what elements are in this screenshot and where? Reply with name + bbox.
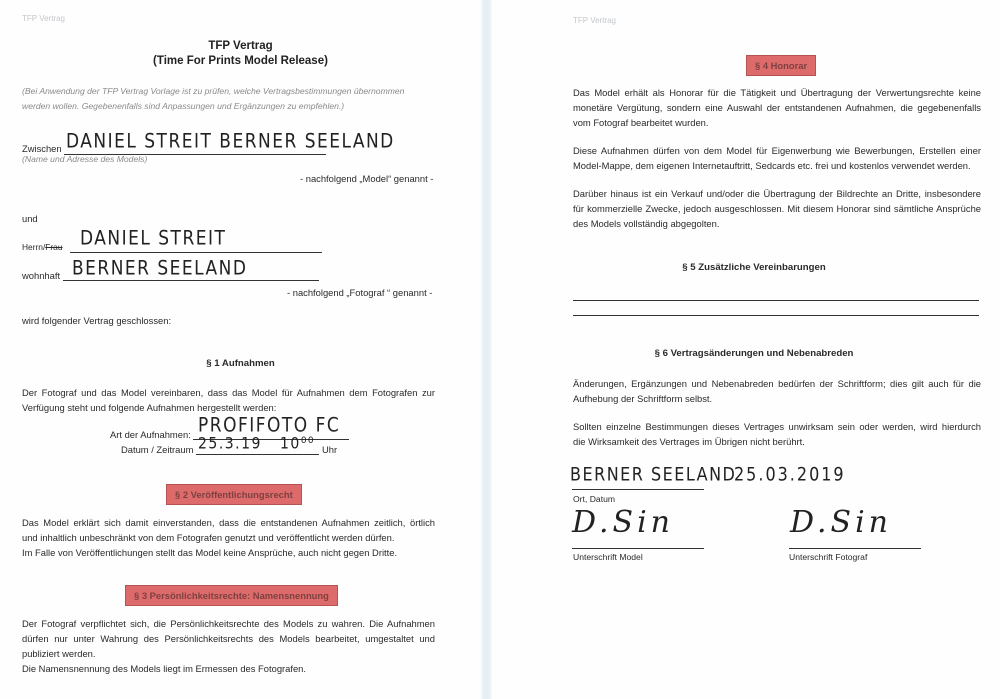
- title-line-1: TFP Vertrag: [0, 39, 481, 54]
- additional-agreement-line-1[interactable]: [573, 300, 979, 301]
- text-line: Das Model erklärt sich damit einverstand…: [22, 515, 435, 530]
- text-line: monetäre Vergütung, sondern eine Auswahl…: [573, 100, 981, 115]
- section-4-para-2: Diese Aufnahmen dürfen von dem Model für…: [573, 143, 981, 173]
- page-gutter: [481, 0, 492, 699]
- salutation-label: Herrn/Frau: [22, 242, 63, 252]
- text-line: Aufhebung der Schriftform selbst.: [573, 391, 981, 406]
- text-line: vom Fotograf bearbeitet wurden.: [573, 115, 981, 130]
- text-line: für kommerzielle Zwecke, jedoch ausgesch…: [573, 201, 981, 216]
- section-4-para-1: Das Model erhält als Honorar für die Tät…: [573, 85, 981, 130]
- document-title: TFP Vertrag (Time For Prints Model Relea…: [0, 39, 481, 69]
- datum-field[interactable]: 25.3.19: [198, 435, 262, 453]
- text-line: dürfen nur unter Wahrung des Persönlichk…: [22, 631, 435, 646]
- section-2-text: Das Model erklärt sich damit einverstand…: [22, 515, 435, 560]
- text-line: und inhaltlich unbeschränkt von dem Foto…: [22, 530, 435, 545]
- text-line: des Models vollständig abgegolten.: [573, 216, 981, 231]
- art-label: Art der Aufnahmen:: [110, 429, 191, 440]
- photographer-signature[interactable]: D.Sin: [790, 505, 892, 540]
- photographer-name-field[interactable]: DANIEL STREIT: [80, 227, 226, 250]
- text-line: Änderungen, Ergänzungen und Nebenabreden…: [573, 376, 981, 391]
- section-4-heading: § 4 Honorar: [746, 55, 816, 76]
- residence-field[interactable]: BERNER SEELAND: [72, 257, 247, 280]
- text-line: Der Fotograf verpflichtet sich, die Pers…: [22, 616, 435, 631]
- photographer-signature-label: Unterschrift Fotograf: [789, 552, 867, 562]
- place-field[interactable]: BERNER SEELAND: [570, 463, 736, 485]
- section-3-heading: § 3 Persönlichkeitsrechte: Namensnennung: [125, 585, 338, 606]
- section-4-para-3: Darüber hinaus ist ein Verkauf und/oder …: [573, 186, 981, 231]
- place-date-underline: [572, 489, 704, 490]
- section-6-para-2: Sollten einzelne Bestimmungen dieses Ver…: [573, 419, 981, 449]
- text-line: Im Falle von Veröffentlichungen stellt d…: [22, 545, 435, 560]
- datum-label: Datum / Zeitraum: [121, 444, 193, 455]
- section-1-heading: § 1 Aufnahmen: [0, 358, 481, 369]
- text-line: Der Fotograf und das Model vereinbaren, …: [22, 385, 435, 400]
- wohnhaft-label: wohnhaft: [22, 270, 60, 281]
- section-2-heading: § 2 Veröffentlichungsrecht: [166, 484, 302, 505]
- date-field[interactable]: 25.03.2019: [734, 463, 846, 485]
- model-hint: (Name und Adresse des Models): [22, 152, 147, 167]
- text-line: Diese Aufnahmen dürfen von dem Model für…: [573, 143, 981, 158]
- residence-underline: [63, 280, 319, 281]
- usage-note: (Bei Anwendung der TFP Vertrag Vorlage i…: [22, 84, 452, 114]
- text-line: Darüber hinaus ist ein Verkauf und/oder …: [573, 186, 981, 201]
- page-header-label: TFP Vertrag: [22, 14, 65, 23]
- usage-note-line: (Bei Anwendung der TFP Vertrag Vorlage i…: [22, 84, 452, 99]
- time-field[interactable]: 10⁰⁰: [280, 435, 315, 453]
- photographer-name-underline: [70, 252, 322, 253]
- model-signature-underline: [572, 548, 704, 549]
- title-line-2: (Time For Prints Model Release): [0, 54, 481, 69]
- datum-underline: [196, 454, 319, 455]
- uhr-label: Uhr: [322, 444, 337, 455]
- text-line: Verfügung steht und folgende Aufnahmen h…: [22, 400, 435, 415]
- section-5-heading: § 5 Zusätzliche Vereinbarungen: [492, 262, 1000, 273]
- text-line: Sollten einzelne Bestimmungen dieses Ver…: [573, 419, 981, 434]
- section-3-text: Der Fotograf verpflichtet sich, die Pers…: [22, 616, 435, 676]
- contract-page-2: TFP Vertrag § 4 Honorar Das Model erhält…: [492, 0, 1000, 699]
- model-designation: - nachfolgend „Model“ genannt -: [300, 173, 433, 184]
- model-signature[interactable]: D.Sin: [572, 505, 674, 540]
- additional-agreement-line-2[interactable]: [573, 315, 979, 316]
- art-field[interactable]: PROFIFOTO FC: [198, 414, 340, 437]
- section-6-heading: § 6 Vertragsänderungen und Nebenabreden: [492, 348, 1000, 359]
- text-line: Das Model erhält als Honorar für die Tät…: [573, 85, 981, 100]
- text-line: publiziert werden.: [22, 646, 435, 661]
- model-signature-label: Unterschrift Model: [573, 552, 643, 562]
- und-label: und: [22, 213, 38, 224]
- contract-intro: wird folgender Vertrag geschlossen:: [22, 315, 171, 326]
- section-6-para-1: Änderungen, Ergänzungen und Nebenabreden…: [573, 376, 981, 406]
- usage-note-line: werden wollen. Gegebenenfalls sind Anpas…: [22, 99, 452, 114]
- section-1-text: Der Fotograf und das Model vereinbaren, …: [22, 385, 435, 415]
- text-line: Die Namensnennung des Models liegt im Er…: [22, 661, 435, 676]
- model-name-field[interactable]: DANIEL STREIT BERNER SEELAND: [66, 130, 395, 153]
- frau-label-struck: Frau: [45, 242, 62, 252]
- contract-page-1: TFP Vertrag TFP Vertrag (Time For Prints…: [0, 0, 481, 699]
- photographer-designation: - nachfolgend „Fotograf “ genannt -: [287, 287, 432, 298]
- herr-label: Herrn/: [22, 242, 45, 252]
- photographer-signature-underline: [789, 548, 921, 549]
- text-line: Model-Mappe, dem eigenen Internetauftrit…: [573, 158, 981, 173]
- place-date-label: Ort, Datum: [573, 494, 615, 504]
- page-header-label: TFP Vertrag: [573, 16, 616, 25]
- text-line: die Wirksamkeit des Vertrages im Übrigen…: [573, 434, 981, 449]
